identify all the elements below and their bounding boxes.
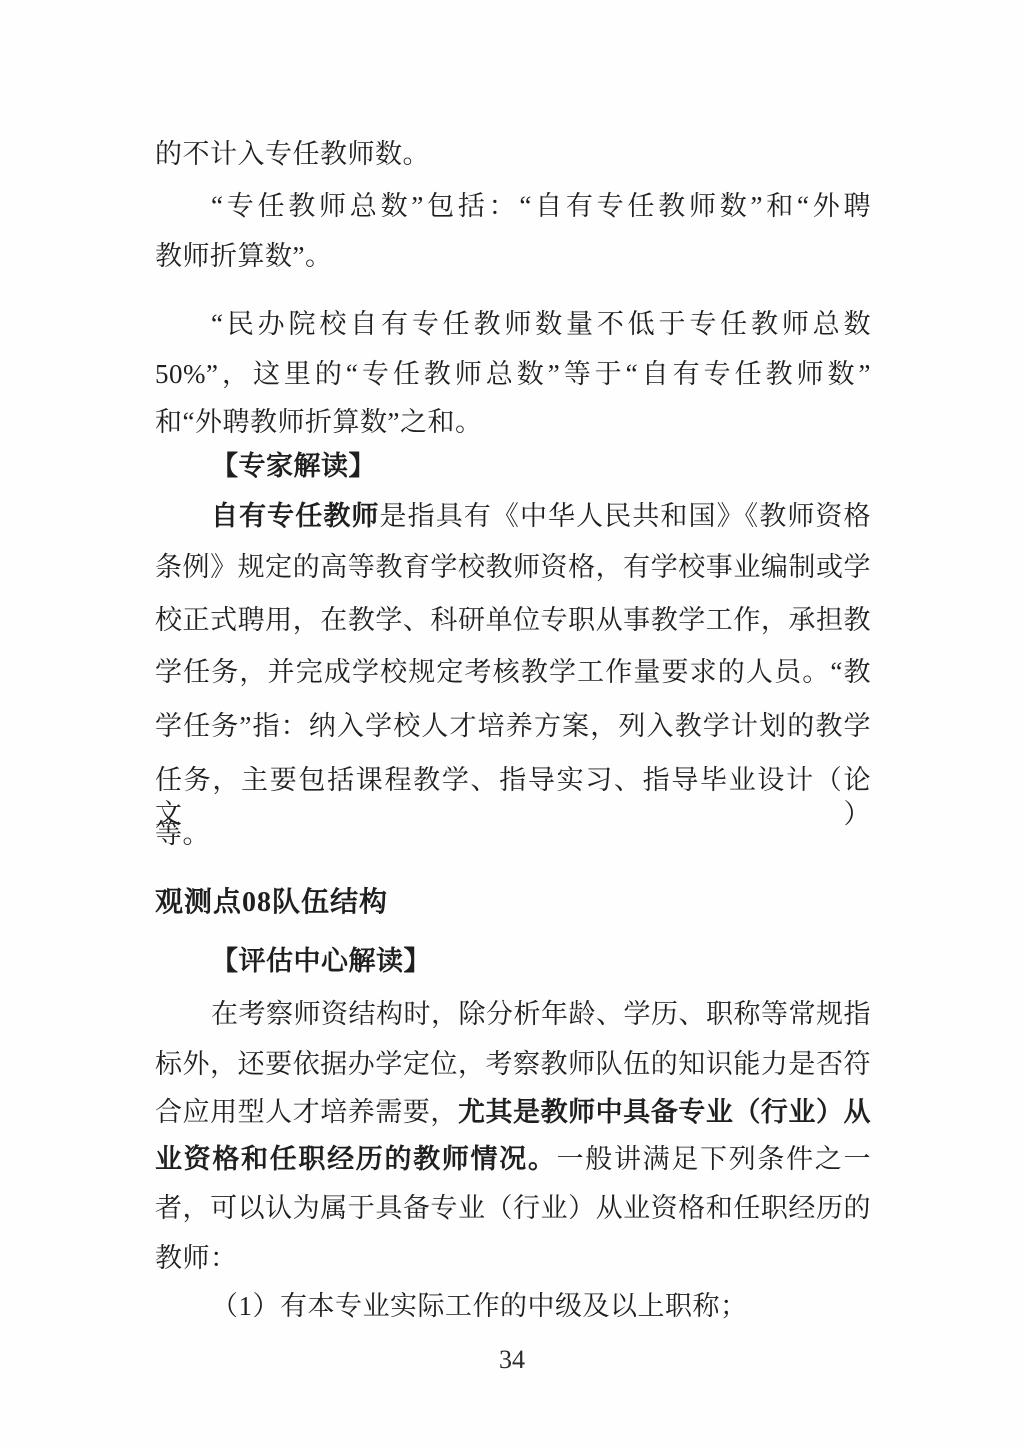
- center-note-heading: 【评估中心解读】: [155, 945, 871, 979]
- page-number: 34: [0, 1345, 1024, 1375]
- regular-text: 是指具有《中华人民共和国》《教师资格: [380, 501, 871, 531]
- text-line: 教师：: [155, 1242, 871, 1276]
- text-line: “民办院校自有专任教师数量不低于专任教师总数: [155, 308, 871, 342]
- text-line: 学任务”指：纳入学校人才培养方案，列入教学计划的教学: [155, 710, 871, 744]
- text-line: 学任务，并完成学校规定考核教学工作量要求的人员。“教: [155, 656, 871, 690]
- section-heading: 观测点08队伍结构: [155, 885, 871, 920]
- bold-emphasis: 尤其是教师中具备专业（行业）从: [458, 1097, 871, 1127]
- regular-text: 一般讲满足下列条件之一: [557, 1144, 871, 1174]
- text-line: 合应用型人才培养需要，尤其是教师中具备专业（行业）从: [155, 1096, 871, 1130]
- text-line: 校正式聘用，在教学、科研单位专职从事教学工作，承担教: [155, 604, 871, 638]
- bold-emphasis: 业资格和任职经历的教师情况。: [155, 1144, 557, 1174]
- text-line: 的不计入专任教师数。: [155, 138, 871, 172]
- regular-text: 合应用型人才培养需要，: [155, 1097, 458, 1127]
- text-line: 者，可以认为属于具备专业（行业）从业资格和任职经历的: [155, 1192, 871, 1226]
- text-line: 等。: [155, 818, 871, 852]
- list-item-line: （1）有本专业实际工作的中级及以上职称；: [155, 1290, 871, 1324]
- text-line: 在考察师资结构时，除分析年龄、学历、职称等常规指: [155, 998, 871, 1032]
- text-line: 自有专任教师是指具有《中华人民共和国》《教师资格: [155, 500, 871, 534]
- text-line: 标外，还要依据办学定位，考察教师队伍的知识能力是否符: [155, 1048, 871, 1082]
- text-line: 和“外聘教师折算数”之和。: [155, 406, 871, 440]
- text-line: 业资格和任职经历的教师情况。一般讲满足下列条件之一: [155, 1143, 871, 1177]
- bold-term: 自有专任教师: [211, 501, 380, 531]
- document-page: 的不计入专任教师数。 “专任教师总数”包括：“自有专任教师数”和“外聘 教师折算…: [0, 0, 1024, 1448]
- text-line: 教师折算数”。: [155, 240, 871, 274]
- expert-note-heading: 【专家解读】: [155, 450, 871, 484]
- text-line: “专任教师总数”包括：“自有专任教师数”和“外聘: [155, 190, 871, 224]
- text-line: 50%”，这里的“专任教师总数”等于“自有专任教师数”: [155, 358, 871, 392]
- text-line: 条例》规定的高等教育学校教师资格，有学校事业编制或学: [155, 551, 871, 585]
